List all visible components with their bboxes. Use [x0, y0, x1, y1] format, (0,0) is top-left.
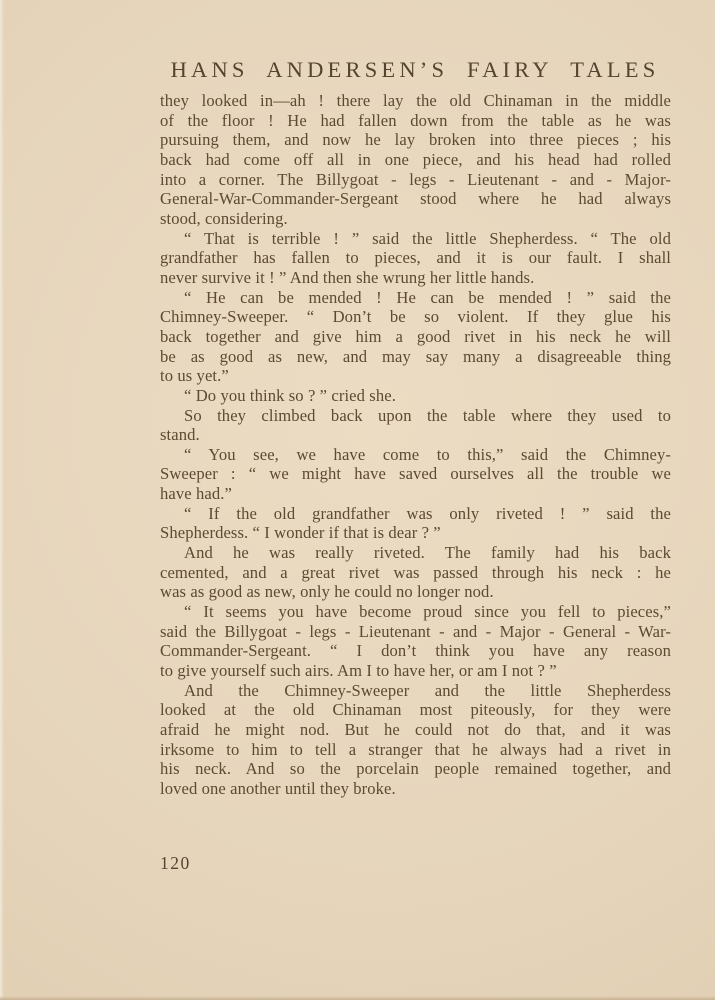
paragraph: “ He can be mended ! He can be mended ! …	[160, 288, 671, 386]
text-line: Chimney-Sweeper. “ Don’t be so violent. …	[160, 307, 671, 327]
text-line: “ Do you think so ? ” cried she.	[160, 386, 671, 406]
text-line: said the Billygoat - legs - Lieutenant -…	[160, 622, 671, 642]
text-line: And the Chimney-Sweeper and the little S…	[160, 681, 671, 701]
text-line: be as good as new, and may say many a di…	[160, 347, 671, 367]
text-line: pursuing them, and now he lay broken int…	[160, 130, 671, 150]
text-line: stand.	[160, 425, 671, 445]
page-left-edge	[0, 0, 4, 1000]
text-line: back had come off all in one piece, and …	[160, 150, 671, 170]
text-line: So they climbed back upon the table wher…	[160, 406, 671, 426]
text-line: cemented, and a great rivet was passed t…	[160, 563, 671, 583]
paragraph: “ If the old grandfather was only rivete…	[160, 504, 671, 543]
text-line: “ You see, we have come to this,” said t…	[160, 445, 671, 465]
paragraph: “ Do you think so ? ” cried she.	[160, 386, 671, 406]
text-line: they looked in—ah ! there lay the old Ch…	[160, 91, 671, 111]
text-line: back together and give him a good rivet …	[160, 327, 671, 347]
text-line: Sweeper : “ we might have saved ourselve…	[160, 464, 671, 484]
paragraph: “ It seems you have become proud since y…	[160, 602, 671, 681]
text-line: never survive it ! ” And then she wrung …	[160, 268, 671, 288]
text-line: Shepherdess. “ I wonder if that is dear …	[160, 523, 671, 543]
page-bottom-edge	[0, 996, 715, 1000]
text-line: of the floor ! He had fallen down from t…	[160, 111, 671, 131]
page-text: they looked in—ah ! there lay the old Ch…	[160, 91, 671, 799]
text-line: Commander-Sergeant. “ I don’t think you …	[160, 641, 671, 661]
text-line: afraid he might nod. But he could not do…	[160, 720, 671, 740]
paragraph: And he was really riveted. The family ha…	[160, 543, 671, 602]
paragraph: they looked in—ah ! there lay the old Ch…	[160, 91, 671, 229]
text-line: “ He can be mended ! He can be mended ! …	[160, 288, 671, 308]
text-line: “ It seems you have become proud since y…	[160, 602, 671, 622]
text-line: General-War-Commander-Sergeant stood whe…	[160, 189, 671, 209]
text-line: “ That is terrible ! ” said the little S…	[160, 229, 671, 249]
text-line: And he was really riveted. The family ha…	[160, 543, 671, 563]
paragraph: And the Chimney-Sweeper and the little S…	[160, 681, 671, 799]
paragraph: So they climbed back upon the table wher…	[160, 406, 671, 445]
text-line: looked at the old Chinaman most piteousl…	[160, 700, 671, 720]
page-number: 120	[160, 853, 191, 874]
running-header: HANS ANDERSEN’S FAIRY TALES	[150, 57, 680, 83]
text-line: was as good as new, only he could no lon…	[160, 582, 671, 602]
paragraph: “ That is terrible ! ” said the little S…	[160, 229, 671, 288]
text-line: stood, considering.	[160, 209, 671, 229]
text-line: loved one another until they broke.	[160, 779, 671, 799]
text-line: to us yet.”	[160, 366, 671, 386]
text-line: irksome to him to tell a stranger that h…	[160, 740, 671, 760]
text-line: to give yourself such airs. Am I to have…	[160, 661, 671, 681]
text-line: into a corner. The Billygoat - legs - Li…	[160, 170, 671, 190]
text-line: “ If the old grandfather was only rivete…	[160, 504, 671, 524]
text-line: grandfather has fallen to pieces, and it…	[160, 248, 671, 268]
paragraph: “ You see, we have come to this,” said t…	[160, 445, 671, 504]
book-page: HANS ANDERSEN’S FAIRY TALES they looked …	[0, 0, 715, 1000]
text-line: his neck. And so the porcelain people re…	[160, 759, 671, 779]
text-line: have had.”	[160, 484, 671, 504]
